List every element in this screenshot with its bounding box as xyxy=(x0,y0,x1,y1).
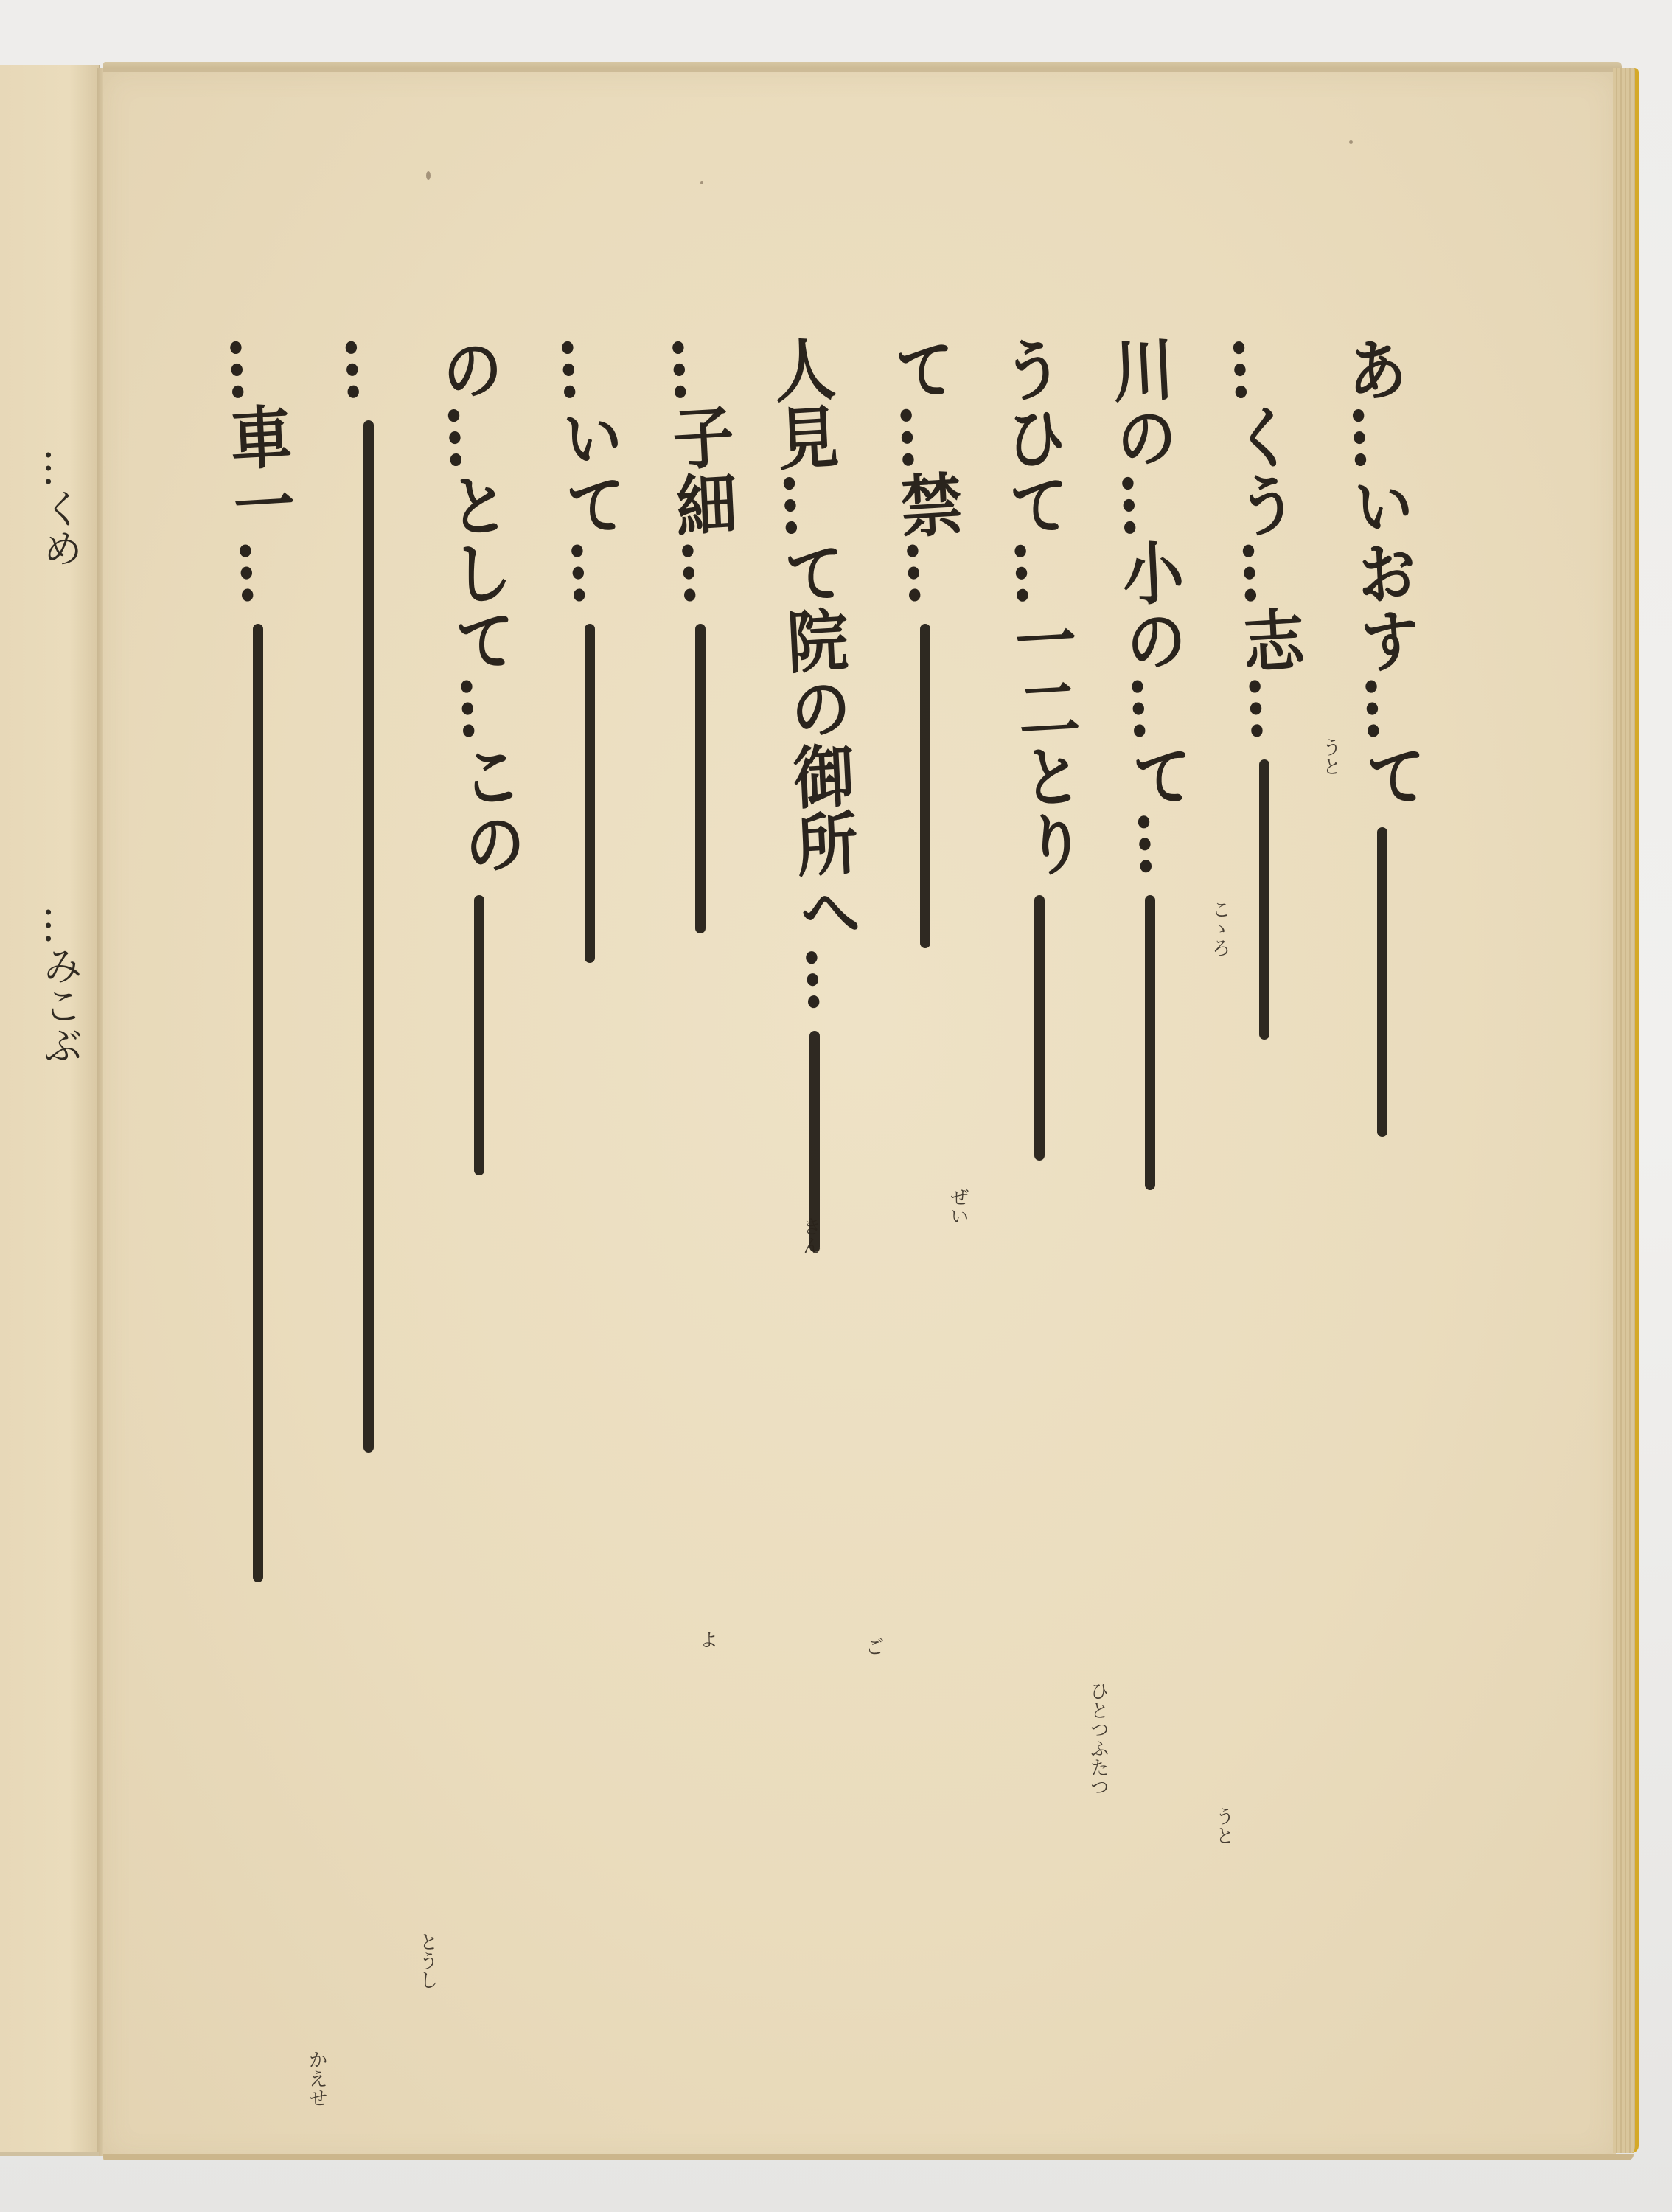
column-text: 人見…て院の御所へ… xyxy=(768,333,861,1015)
furigana: ひとつふたつ xyxy=(1087,1681,1107,1796)
ink-stroke xyxy=(695,624,706,933)
text-column: …車一… xyxy=(210,324,306,2138)
paper-speck xyxy=(426,171,431,180)
text-column: あ…いおす…て xyxy=(1334,324,1430,2138)
text-column: …くう…志… xyxy=(1216,324,1312,2138)
ink-stroke xyxy=(585,624,595,963)
text-column: て…禁… xyxy=(877,324,973,2138)
ink-stroke xyxy=(1145,895,1155,1190)
text-column: …いて… xyxy=(542,324,638,2138)
column-text: 川の…小の…て… xyxy=(1107,333,1193,879)
column-text: …くう…志… xyxy=(1225,333,1305,743)
ink-stroke xyxy=(253,624,263,1582)
furigana: ご xyxy=(863,1637,882,1656)
page-bottom-edge xyxy=(103,2154,1634,2160)
left-page: …くめ …みこぶ xyxy=(0,65,100,2155)
left-page-bottom-edge xyxy=(0,2152,99,2156)
left-page-column: …くめ xyxy=(7,448,88,568)
column-text: …いて… xyxy=(553,333,627,608)
furigana: うと xyxy=(1213,1806,1233,1845)
column-text: あ…いおす…て xyxy=(1340,333,1424,811)
text-column: 川の…小の…て… xyxy=(1102,324,1198,2138)
column-text: …子細… xyxy=(663,333,737,608)
ink-stroke xyxy=(1259,759,1269,1040)
ink-stroke xyxy=(1034,895,1045,1161)
ink-stroke xyxy=(1377,827,1387,1137)
left-page-column: …みこぶ xyxy=(7,905,88,1065)
column-text: の…として…この xyxy=(436,333,522,879)
furigana: きん xyxy=(800,1217,820,1255)
text-column: の…として…この xyxy=(431,324,527,2138)
text-column: …子細… xyxy=(652,324,748,2138)
furigana: かえせ xyxy=(306,2050,326,2107)
column-text: … xyxy=(336,333,400,405)
ink-stroke xyxy=(920,624,930,948)
furigana: ぜい xyxy=(947,1187,967,1225)
ink-stroke xyxy=(363,420,374,1453)
column-text: て…禁… xyxy=(888,333,962,608)
ink-stroke xyxy=(474,895,484,1175)
column-text: …車一… xyxy=(221,333,295,608)
paper-speck xyxy=(700,181,703,184)
paper-speck xyxy=(1349,140,1353,144)
furigana: こゝろ xyxy=(1209,900,1229,957)
text-column: … xyxy=(321,324,417,2138)
furigana: とうし xyxy=(417,1932,436,1989)
text-column: うひて…一二とり xyxy=(992,324,1087,2138)
column-text: うひて…一二とり xyxy=(996,333,1082,879)
furigana: うと xyxy=(1320,737,1340,776)
gilt-fore-edge xyxy=(1613,68,1639,2153)
furigana: よ xyxy=(697,1630,717,1649)
